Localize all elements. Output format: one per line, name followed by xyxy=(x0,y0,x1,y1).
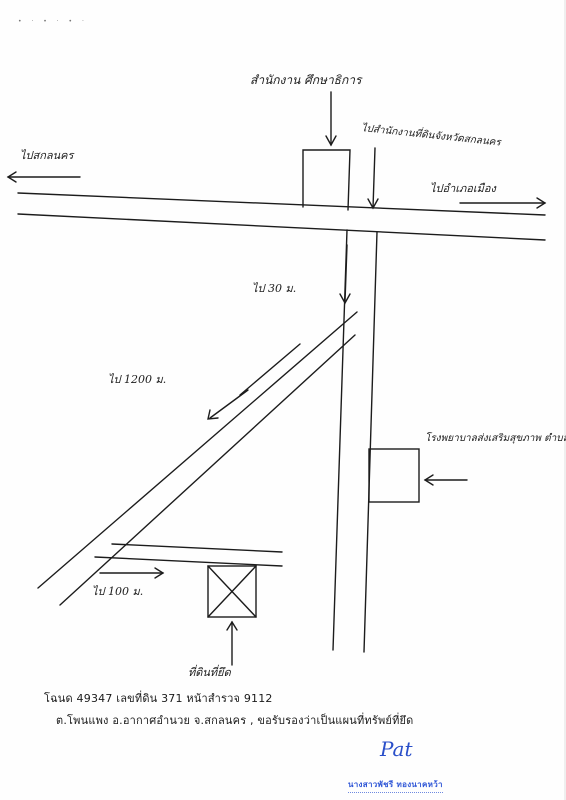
label-right-direction: ไปอำเภอเมือง xyxy=(430,183,496,194)
label-top-landmark: สำนักงาน ศึกษาธิการ xyxy=(250,74,361,86)
right-building xyxy=(369,449,419,502)
label-distance-100m: ไป 100 ม. xyxy=(92,586,143,597)
arrow-down-office xyxy=(373,148,375,208)
top-building xyxy=(303,150,350,210)
footer-deed-info: โฉนด 49347 เลขที่ดิน 371 หน้าสำรวจ 9112 xyxy=(44,689,273,707)
footer-location-cert: ต.โพนแพง อ.อากาศอำนวย จ.สกลนคร , ขอรับรอ… xyxy=(56,711,414,729)
arrow-down-30m xyxy=(345,245,347,302)
side-road-bottom-edge xyxy=(95,557,282,566)
official-stamp: นางสาวพัชรี ทองนาคหว้า xyxy=(348,778,443,793)
label-left-direction: ไปสกลนคร xyxy=(20,150,73,161)
vertical-road-right-edge xyxy=(364,232,377,652)
main-road-bottom-edge xyxy=(18,214,545,240)
label-right-building: โรงพยาบาลส่งเสริมสุขภาพ ตำบล xyxy=(425,434,566,444)
main-road-top-edge xyxy=(18,193,545,215)
label-distance-30m: ไป 30 ม. xyxy=(252,283,296,294)
signature: Pat xyxy=(380,737,413,761)
diagonal-road-top-edge xyxy=(38,312,357,588)
label-distance-1200m: ไป 1200 ม. xyxy=(108,374,166,385)
arrow-diagonal-1200m xyxy=(210,390,248,418)
document-page: • · • · • · xyxy=(0,0,566,800)
side-road-top-edge xyxy=(112,544,282,552)
diagonal-road-bottom-edge xyxy=(60,335,355,605)
map-drawing xyxy=(0,0,566,800)
label-property: ที่ดินที่ยึด xyxy=(188,667,231,678)
